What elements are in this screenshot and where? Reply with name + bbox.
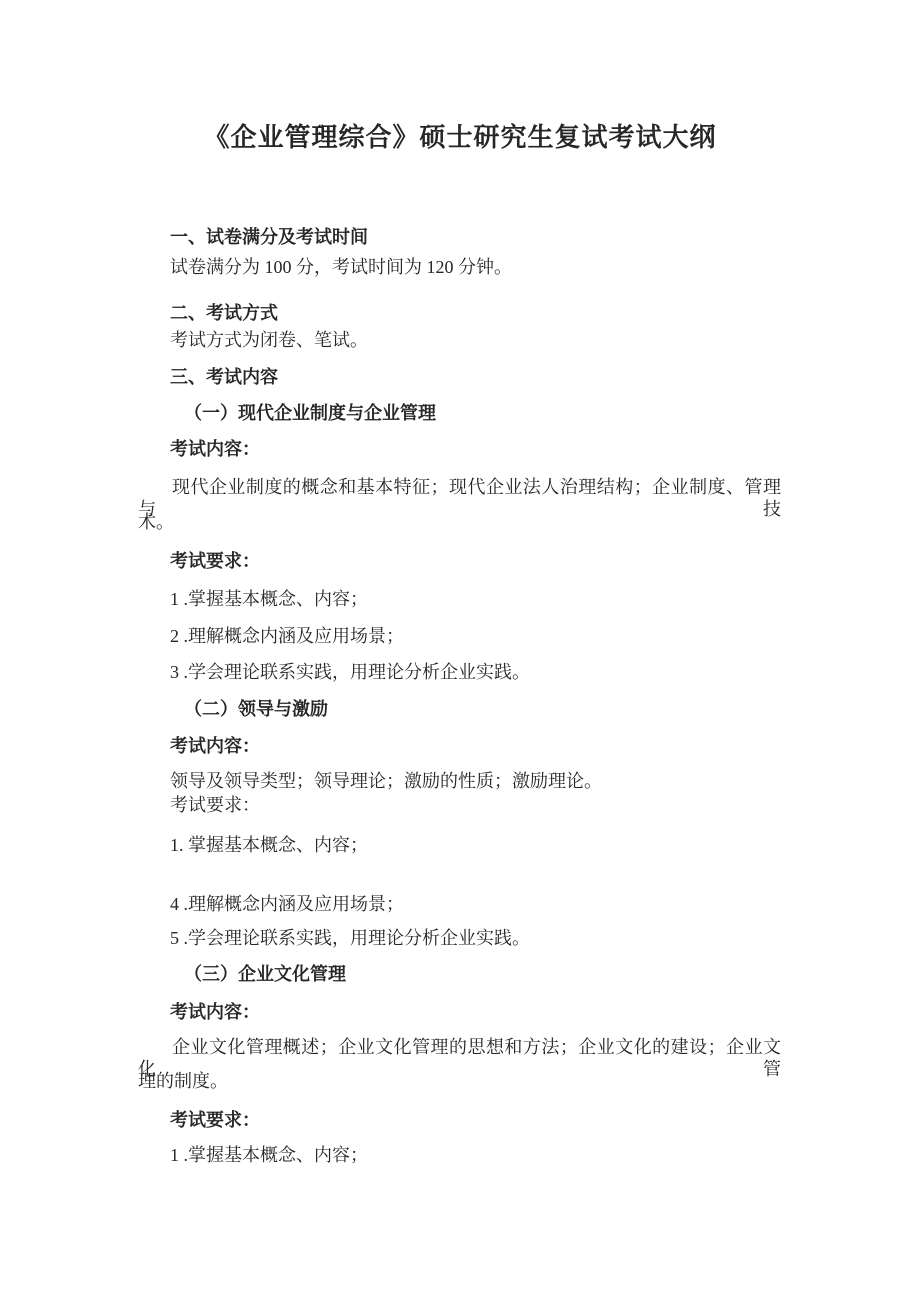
section-body-2: 考试方式为闭卷、笔试。 <box>170 329 368 351</box>
exam-requirements-label-3: 考试要求： <box>170 1109 260 1131</box>
subsection-heading-2: （二）领导与激励 <box>184 698 328 720</box>
subsection-heading-3: （三）企业文化管理 <box>184 963 346 985</box>
exam-content-text-3-line-1: 企业文化管理概述；企业文化管理的思想和方法；企业文化的建设；企业文化管 <box>138 1036 781 1080</box>
requirement-item: 4 .理解概念内涵及应用场景； <box>170 893 404 915</box>
requirement-item: 1 .掌握基本概念、内容； <box>170 588 368 610</box>
exam-content-text-1-line-1: 现代企业制度的概念和基本特征；现代企业法人治理结构；企业制度、管理与技 <box>138 476 781 520</box>
exam-content-text-3-line-2: 理的制度。 <box>138 1070 228 1092</box>
requirement-item: 1 .掌握基本概念、内容； <box>170 1144 368 1166</box>
exam-content-text-2-line-1: 领导及领导类型；领导理论；激励的性质；激励理论。 <box>170 770 602 792</box>
exam-requirements-label-2: 考试要求： <box>170 794 260 816</box>
requirement-item: 2 .理解概念内涵及应用场景； <box>170 625 404 647</box>
document-page: 《企业管理综合》硕士研究生复试考试大纲 一、试卷满分及考试时间 试卷满分为 10… <box>0 0 920 1301</box>
section-heading-2: 二、考试方式 <box>170 302 278 324</box>
exam-requirements-label-1: 考试要求： <box>170 550 260 572</box>
section-heading-1: 一、试卷满分及考试时间 <box>170 226 368 248</box>
exam-content-label-3: 考试内容： <box>170 1001 260 1023</box>
requirement-item: 5 .学会理论联系实践，用理论分析企业实践。 <box>170 927 530 949</box>
requirement-item: 3 .学会理论联系实践，用理论分析企业实践。 <box>170 661 530 683</box>
section-body-1: 试卷满分为 100 分，考试时间为 120 分钟。 <box>170 256 512 278</box>
requirement-item: 1. 掌握基本概念、内容； <box>170 834 368 856</box>
exam-content-label-1: 考试内容： <box>170 438 260 460</box>
exam-content-text-1-line-2: 术。 <box>138 511 174 533</box>
subsection-heading-1: （一）现代企业制度与企业管理 <box>184 402 436 424</box>
exam-content-label-2: 考试内容： <box>170 735 260 757</box>
section-heading-3: 三、考试内容 <box>170 366 278 388</box>
page-title: 《企业管理综合》硕士研究生复试考试大纲 <box>0 122 920 154</box>
